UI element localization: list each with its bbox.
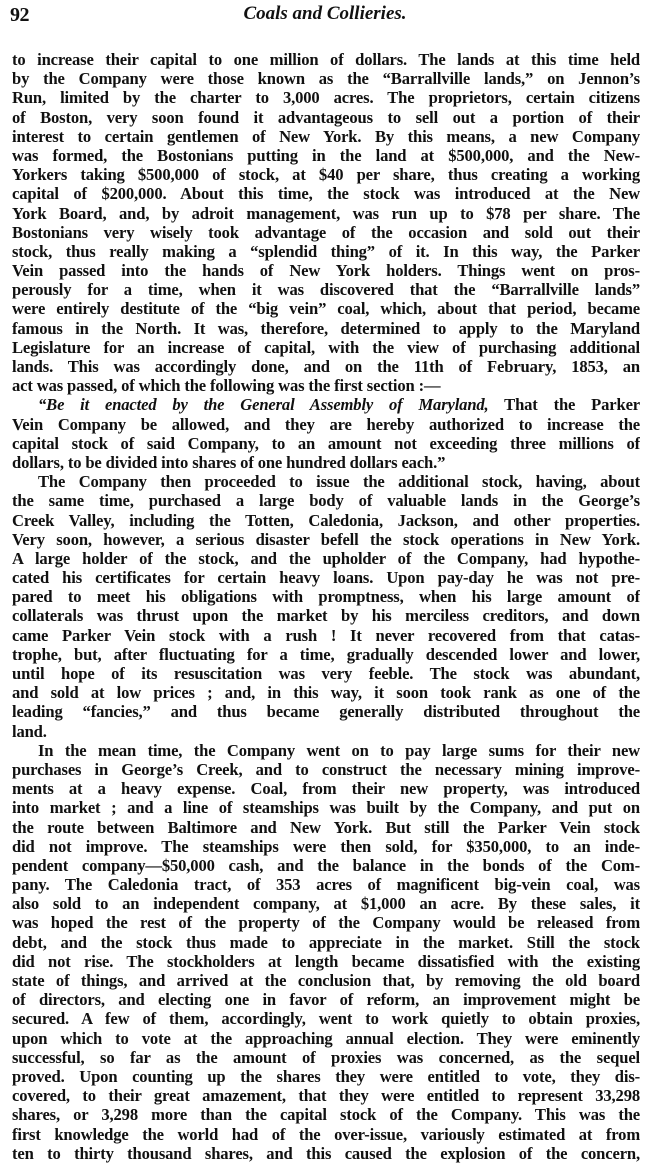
text-line: leading “fancies,” and thus became gener… (12, 702, 640, 721)
page-header: 92 Coals and Collieries. (0, 0, 650, 40)
text-line: shares, or 3,298 more than the capital s… (12, 1105, 640, 1124)
text-line: pany. The Caledonia tract, of 353 acres … (12, 875, 640, 894)
text-line: proved. Upon counting up the shares they… (12, 1067, 640, 1086)
text-line: “Be it enacted by the General Assembly o… (12, 395, 640, 414)
line-text: That the Parker (489, 395, 640, 414)
text-line: stock, thus really making a “splendid th… (12, 242, 640, 261)
text-line: secured. A few of them, accordingly, wen… (12, 1009, 640, 1028)
text-line: pendent company—$50,000 cash, and the ba… (12, 856, 640, 875)
text-line: covered, to their great amazement, that … (12, 1086, 640, 1105)
text-line: Vein passed into the hands of New York h… (12, 261, 640, 280)
text-line: of Boston, very soon found it advantageo… (12, 108, 640, 127)
text-line: A large holder of the stock, and the uph… (12, 549, 640, 568)
body-text: to increase their capital to one million… (12, 50, 640, 1163)
text-line: the same time, purchased a large body of… (12, 491, 640, 510)
text-line: famous in the North. It was, therefore, … (12, 319, 640, 338)
text-line: dollars, to be divided into shares of on… (12, 453, 640, 472)
text-line: perously for a time, when it was discove… (12, 280, 640, 299)
text-line: came Parker Vein stock with a rush ! It … (12, 626, 640, 645)
text-line: the route between Baltimore and New York… (12, 818, 640, 837)
text-line: In the mean time, the Company went on to… (12, 741, 640, 760)
text-line: state of things, and arrived at the conc… (12, 971, 640, 990)
text-line: Creek Valley, including the Totten, Cale… (12, 511, 640, 530)
text-line: by the Company were those known as the “… (12, 69, 640, 88)
text-line: trophe, but, after fluctuating for a tim… (12, 645, 640, 664)
running-title: Coals and Collieries. (0, 3, 650, 25)
text-line: ten to thirty thousand shares, and this … (12, 1144, 640, 1163)
text-line: Bostonians very wisely took advantage of… (12, 223, 640, 242)
text-line: pared to meet his obligations with promp… (12, 587, 640, 606)
text-line: into market ; and a line of steamships w… (12, 798, 640, 817)
text-line: did not rise. The stockholders at length… (12, 952, 640, 971)
italic-text: “Be it enacted by the General Assembly o… (38, 395, 489, 414)
text-line: cated his certificates for certain heavy… (12, 568, 640, 587)
text-line: capital stock of said Company, to an amo… (12, 434, 640, 453)
text-line: act was passed, of which the following w… (12, 376, 640, 395)
text-line: Yorkers taking $500,000 of stock, at $40… (12, 165, 640, 184)
text-line: debt, and the stock thus made to appreci… (12, 933, 640, 952)
text-line: ments at a heavy expense. Coal, from the… (12, 779, 640, 798)
text-line: purchases in George’s Creek, and to cons… (12, 760, 640, 779)
text-line: collaterals was thrust upon the market b… (12, 606, 640, 625)
text-line: were entirely destitute of the “big vein… (12, 299, 640, 318)
text-line: upon which to vote at the approaching an… (12, 1029, 640, 1048)
text-line: Vein Company be allowed, and they are he… (12, 415, 640, 434)
text-line: until hope of its resuscitation was very… (12, 664, 640, 683)
text-line: also sold to an independent company, at … (12, 894, 640, 913)
text-line: Run, limited by the charter to 3,000 acr… (12, 88, 640, 107)
text-line: York Board, and, by adroit management, w… (12, 204, 640, 223)
text-line: successful, so far as the amount of prox… (12, 1048, 640, 1067)
text-line: lands. This was accordingly done, and on… (12, 357, 640, 376)
text-line: interest to certain gentlemen of New Yor… (12, 127, 640, 146)
text-line: land. (12, 722, 640, 741)
text-line: and sold at low prices ; and, in this wa… (12, 683, 640, 702)
text-line: was hoped the rest of the property of th… (12, 913, 640, 932)
text-line: first knowledge the world had of the ove… (12, 1125, 640, 1144)
text-line: to increase their capital to one million… (12, 50, 640, 69)
text-line: The Company then proceeded to issue the … (12, 472, 640, 491)
text-line: did not improve. The steamships were the… (12, 837, 640, 856)
text-line: was formed, the Bostonians putting in th… (12, 146, 640, 165)
text-line: capital of $200,000. About this time, th… (12, 184, 640, 203)
text-line: Legislature for an increase of capital, … (12, 338, 640, 357)
text-line: of directors, and electing one in favor … (12, 990, 640, 1009)
text-line: Very soon, however, a serious disaster b… (12, 530, 640, 549)
